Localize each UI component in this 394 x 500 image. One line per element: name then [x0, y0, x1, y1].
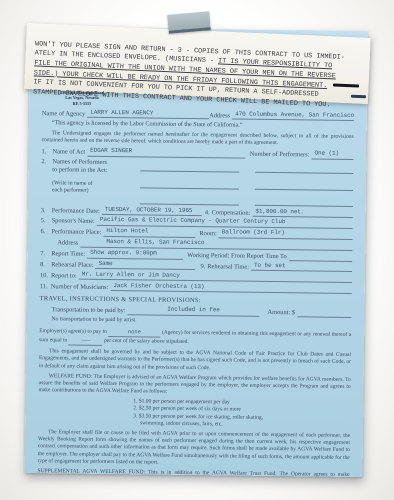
- report-time-value: Show approx. 9:00pm: [87, 250, 157, 258]
- act-value: EDGAR SINGER: [87, 148, 132, 156]
- field-performer-names: 2. Names of Performers to perform in the…: [41, 158, 354, 207]
- photo-background: Name of Agency LARRY ALLEN AGENCY Addres…: [0, 0, 394, 500]
- report-to-label: Report to:: [51, 272, 79, 280]
- rehearsal-place-field: Same: [95, 261, 195, 271]
- code-paragraph: This engagement shall be governed by and…: [39, 348, 351, 373]
- place-address-value: Mason & Ellis, San Francisco: [80, 239, 204, 248]
- performers-count-field: One (1): [311, 151, 353, 160]
- field-number: 8.: [40, 261, 51, 268]
- welfare-fund-rates: 1. $1.00 per person per engagement per d…: [133, 398, 350, 430]
- field-sponsor: 5. Sponsor's Name: Pacific Gas & Electri…: [41, 217, 353, 229]
- field-number: 6.: [40, 229, 51, 236]
- fee-text: Employer(s) agree(s) to pay to: [39, 328, 107, 335]
- blank-line: [255, 165, 354, 174]
- date-label: Performance Date:: [52, 207, 102, 215]
- performer-names-labels: Names of Performers to perform in the Ac…: [52, 158, 140, 195]
- blank-line: [140, 196, 239, 205]
- field-report-to: 10. Report to: Mr. Larry Allen or Jim Da…: [40, 271, 352, 283]
- compensation-value: $1,800.00 net.: [252, 208, 304, 216]
- rehearsal-time-value: To be set: [251, 263, 286, 271]
- field-number: 2.: [41, 158, 52, 165]
- musicians-field: Jack Fisher Orchestra (13): [110, 283, 352, 294]
- compensation-label: Compensation:: [212, 209, 253, 217]
- field-number: 11.: [40, 283, 51, 290]
- field-number: 3.: [41, 207, 52, 214]
- act-field: EDGAR SINGER: [87, 148, 246, 158]
- agency-row: Name of Agency LARRY ALLEN AGENCY Addres…: [42, 109, 354, 121]
- fee-agency-blank: none: [108, 328, 160, 338]
- rehearsal-time-label: Rehearsal Time:: [207, 263, 251, 271]
- license-note: “This agency is licensed by the Labor Co…: [52, 120, 354, 130]
- field-number: 4.: [202, 209, 212, 216]
- agency-fee-clause: Employer(s) agree(s) to pay to none (Age…: [39, 327, 351, 349]
- sponsor-value: Pacific Gas & Electric Company - Quarter…: [97, 217, 286, 227]
- amount-label: Amount: $: [259, 309, 297, 317]
- agency-address-value: 470 Columbus Avenue, San Francisco: [232, 111, 354, 120]
- place-value: Hilton Hotel: [103, 228, 148, 236]
- transportation-value: Included in fee: [167, 307, 220, 315]
- rehearsal-place-label: Rehearsal Place:: [51, 261, 96, 269]
- transportation-row: Transportation to be paid by: Included i…: [51, 305, 351, 317]
- amount-field: [297, 309, 352, 318]
- report-time-label: Report Time:: [51, 250, 87, 258]
- field-name-of-act: 1. Name of Act EDGAR SINGER Number of Pe…: [41, 147, 353, 159]
- ink-mark: [351, 95, 366, 99]
- report-to-value: Mr. Larry Allen or Jim Dancy: [79, 272, 180, 281]
- place-label: Performance Place:: [51, 229, 103, 237]
- blank-line: [140, 180, 239, 189]
- room-value: Ballroom (3rd Flr): [219, 230, 285, 238]
- rehearsal-time-field: To be set: [251, 263, 352, 273]
- room-label: Room:: [195, 230, 218, 238]
- agency-value: LARRY ALLEN AGENCY: [87, 110, 153, 118]
- contract-form-body: Name of Agency LARRY ALLEN AGENCY Addres…: [37, 109, 354, 477]
- fee-percent-blank: ———: [69, 337, 103, 347]
- field-number: 1.: [41, 148, 52, 155]
- filing-paragraph: The Employer shall file or cause to be f…: [38, 429, 350, 469]
- agency-label: Name of Agency: [42, 110, 87, 118]
- field-musicians: 11. Number of Musicians: Jack Fisher Orc…: [40, 282, 352, 294]
- musicians-label: Number of Musicians:: [51, 283, 111, 291]
- transportation-field: Included in fee: [127, 306, 259, 316]
- place-field: Hilton Hotel: [103, 228, 195, 238]
- musicians-value: Jack Fisher Orchestra (13): [110, 283, 204, 292]
- supplemental-fund-paragraph: SUPPLEMENTAL AGVA WELFARE FUND: This is …: [37, 468, 349, 477]
- act-label: Name of Act: [52, 148, 87, 156]
- field-place-address: Address Mason & Ellis, San Francisco: [40, 238, 352, 250]
- field-performance-date: 3. Performance Date: TUESDAY, OCTOBER 19…: [41, 206, 353, 218]
- tape-tab: [167, 11, 210, 34]
- transportation-label: Transportation to be paid by:: [51, 307, 127, 315]
- no-transportation-note: No transportation to be paid by artist.: [51, 316, 351, 326]
- room-field: Ballroom (3rd Flr): [219, 230, 353, 240]
- travel-section-header: TRAVEL, INSTRUCTIONS & SPECIAL PROVISION…: [40, 295, 352, 306]
- agency-address-field: 470 Columbus Avenue, San Francisco: [232, 111, 354, 121]
- agency-field: LARRY ALLEN AGENCY: [87, 110, 209, 120]
- field-performance-place: 6. Performance Place: Hilton Hotel Room:…: [40, 227, 352, 239]
- performer-names-label: Names of Performers to perform in the Ac…: [52, 158, 140, 174]
- date-field: TUESDAY, OCTOBER 19, 1965: [102, 206, 202, 216]
- working-period-label: Working Period: From Report Time To: [183, 252, 289, 261]
- performer-names-hint: (Write in name of each performer): [52, 181, 140, 196]
- office-address-block: 136 East Flamingo Road Las Vegas, Nevada…: [50, 90, 114, 106]
- field-report-time: 7. Report Time: Show approx. 9:00pm Work…: [40, 249, 352, 261]
- welfare-rate-item: 3. $3.50 per person per week for ice ska…: [133, 413, 350, 430]
- welfare-fund-paragraph: WELFARE FUND: The Employer is advised of…: [39, 373, 351, 398]
- blank-line: [254, 198, 353, 207]
- rehearsal-place-value: Same: [95, 261, 112, 269]
- intro-paragraph: The Undersigned engages the performer na…: [42, 130, 354, 148]
- blank-line: [255, 181, 354, 190]
- report-time-field: Show approx. 9:00pm: [87, 250, 183, 260]
- performers-count-label: Number of Performers:: [246, 151, 312, 159]
- agency-address-label: Address: [209, 112, 232, 120]
- performer-name-blanks: [140, 159, 354, 207]
- field-number: 9.: [195, 263, 207, 271]
- compensation-field: $1,800.00 net.: [252, 208, 353, 218]
- field-number: 5.: [41, 218, 52, 225]
- performers-count-value: One (1): [311, 151, 339, 159]
- fee-text: per cent of the salary above stipulated.: [104, 338, 189, 345]
- field-number: 7.: [40, 250, 51, 257]
- sponsor-label: Sponsor's Name:: [52, 218, 97, 226]
- field-number: 10.: [40, 272, 51, 279]
- working-period-field: [289, 253, 353, 262]
- date-value: TUESDAY, OCTOBER 19, 1965: [102, 206, 193, 214]
- place-address-label: Address: [51, 240, 80, 248]
- blank-line: [140, 163, 239, 172]
